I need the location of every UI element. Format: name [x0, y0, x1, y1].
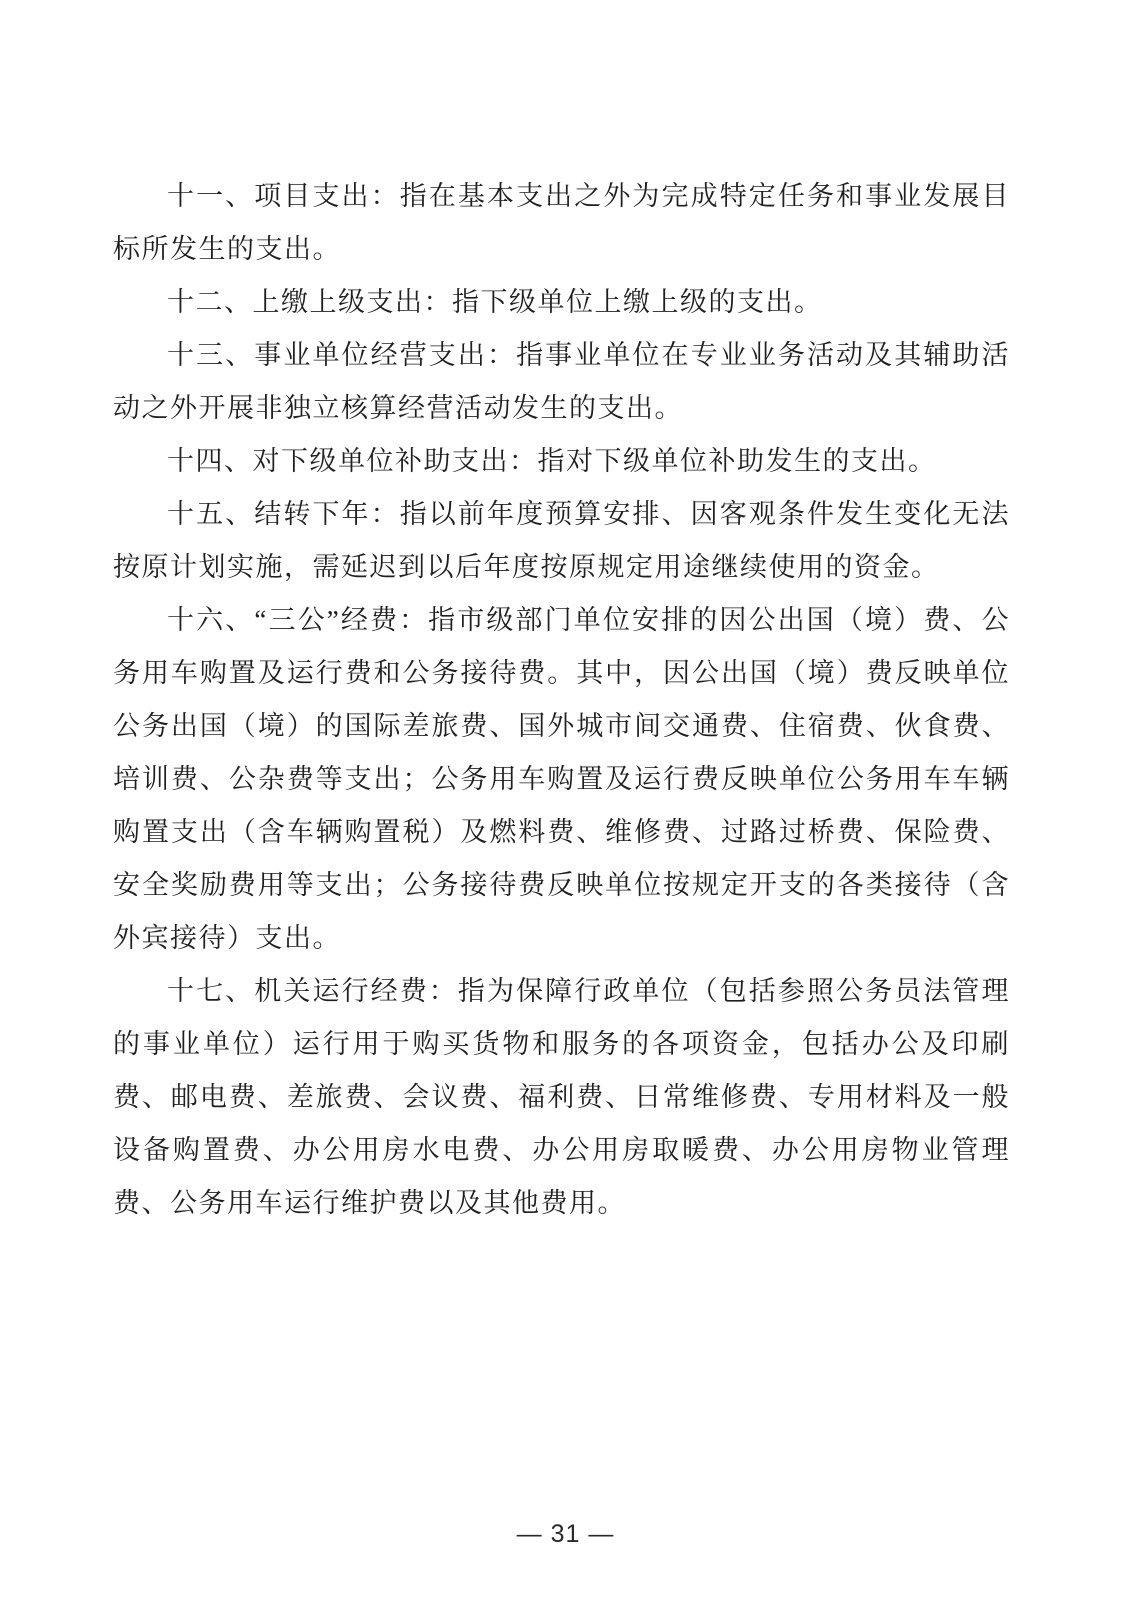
paragraph-item-13: 十三、事业单位经营支出：指事业单位在专业业务活动及其辅助活动之外开展非独立核算经… [113, 329, 1010, 435]
paragraph-item-17: 十七、机关运行经费：指为保障行政单位（包括参照公务员法管理的事业单位）运行用于购… [113, 965, 1010, 1230]
document-text-body: 十一、项目支出：指在基本支出之外为完成特定任务和事业发展目标所发生的支出。 十二… [113, 170, 1010, 1230]
paragraph-item-16: 十六、“三公”经费：指市级部门单位安排的因公出国（境）费、公务用车购置及运行费和… [113, 594, 1010, 965]
paragraph-item-12: 十二、上缴上级支出：指下级单位上缴上级的支出。 [113, 276, 1010, 329]
document-page: 十一、项目支出：指在基本支出之外为完成特定任务和事业发展目标所发生的支出。 十二… [0, 0, 1131, 1600]
paragraph-item-15: 十五、结转下年：指以前年度预算安排、因客观条件发生变化无法按原计划实施，需延迟到… [113, 488, 1010, 594]
page-footer: — 31 — [0, 1519, 1131, 1549]
paragraph-item-11: 十一、项目支出：指在基本支出之外为完成特定任务和事业发展目标所发生的支出。 [113, 170, 1010, 276]
paragraph-item-14: 十四、对下级单位补助支出：指对下级单位补助发生的支出。 [113, 435, 1010, 488]
page-number: — 31 — [517, 1520, 615, 1548]
